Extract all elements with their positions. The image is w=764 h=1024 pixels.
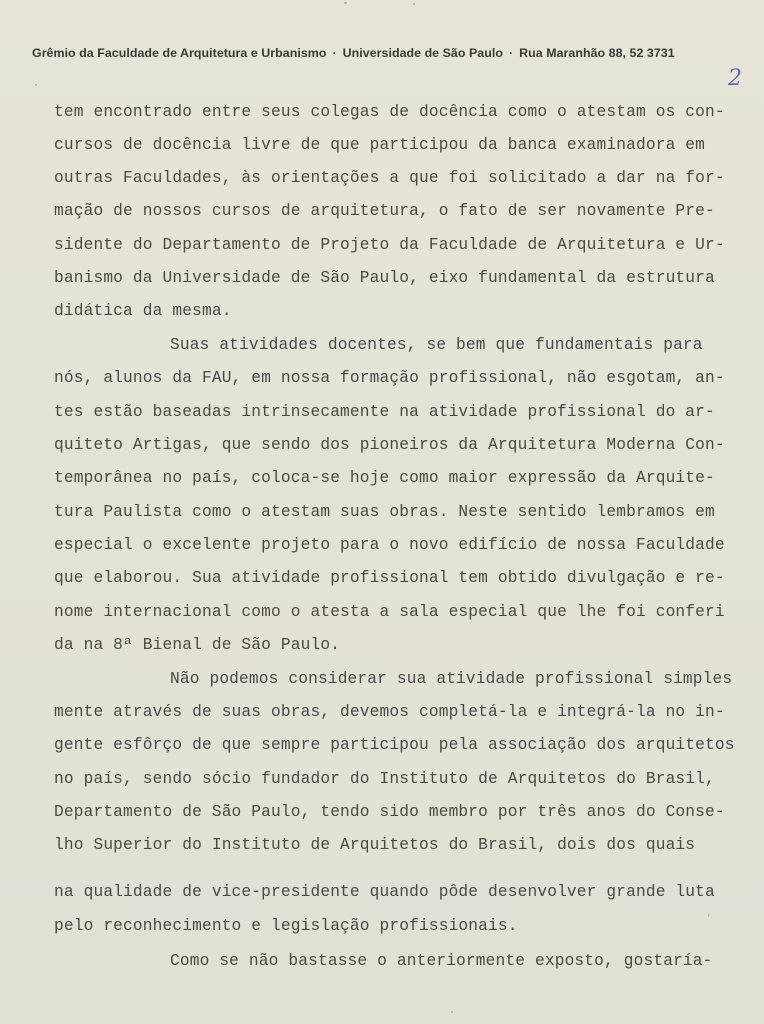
text-line: nós, alunos da FAU, em nossa formação pr…	[54, 366, 725, 390]
text-line: lho Superior do Instituto de Arquitetos …	[54, 833, 695, 857]
text-line: temporânea no país, coloca-se hoje como …	[54, 466, 715, 490]
paper-speck	[413, 3, 415, 5]
letterhead-university: Universidade de São Paulo	[343, 46, 503, 60]
paper-speck	[35, 84, 37, 86]
text-line: mente através de suas obras, devemos com…	[54, 700, 725, 724]
letterhead-separator: ·	[509, 46, 513, 60]
handwritten-page-number: 2	[728, 66, 742, 91]
text-line: que elaborou. Sua atividade profissional…	[54, 566, 725, 590]
text-line: quiteto Artigas, que sendo dos pioneiros…	[54, 433, 725, 457]
text-line: mação de nossos cursos de arquitetura, o…	[54, 199, 715, 223]
document-page: Grêmio da Faculdade de Arquitetura e Urb…	[0, 0, 764, 1024]
letterhead-separator: ·	[332, 46, 336, 60]
text-line: pelo reconhecimento e legislação profiss…	[54, 914, 518, 938]
text-line: tem encontrado entre seus colegas de doc…	[54, 100, 725, 124]
text-line: tes estão baseadas intrinsecamente na at…	[54, 400, 715, 424]
text-line: no país, sendo sócio fundador do Institu…	[54, 767, 715, 791]
text-line: outras Faculdades, às orientações a que …	[54, 166, 725, 190]
text-line: sidente do Departamento de Projeto da Fa…	[54, 233, 725, 257]
text-line: nome internacional como o atesta a sala …	[54, 600, 725, 624]
letterhead-organization: Grêmio da Faculdade de Arquitetura e Urb…	[32, 46, 326, 60]
text-line: gente esfôrço de que sempre participou p…	[54, 733, 735, 757]
text-line: da na 8ª Bienal de São Paulo.	[54, 633, 340, 657]
paper-speck	[708, 914, 709, 917]
text-line: tura Paulista como o atestam suas obras.…	[54, 500, 715, 524]
paragraph-start-line: Suas atividades docentes, se bem que fun…	[170, 333, 703, 357]
text-line: cursos de docência livre de que particip…	[54, 133, 705, 157]
text-line: didática da mesma.	[54, 299, 232, 323]
paragraph-start-line: Como se não bastasse o anteriormente exp…	[170, 949, 713, 973]
paper-speck	[344, 2, 347, 4]
paper-speck	[451, 1011, 453, 1013]
text-line: na qualidade de vice-presidente quando p…	[54, 880, 715, 904]
paragraph-start-line: Não podemos considerar sua atividade pro…	[170, 667, 732, 691]
text-line: Departamento de São Paulo, tendo sido me…	[54, 800, 725, 824]
letterhead: Grêmio da Faculdade de Arquitetura e Urb…	[32, 46, 742, 60]
text-line: banismo da Universidade de São Paulo, ei…	[54, 266, 715, 290]
letterhead-address: Rua Maranhão 88, 52 3731	[519, 46, 674, 60]
text-line: especial o excelente projeto para o novo…	[54, 533, 725, 557]
